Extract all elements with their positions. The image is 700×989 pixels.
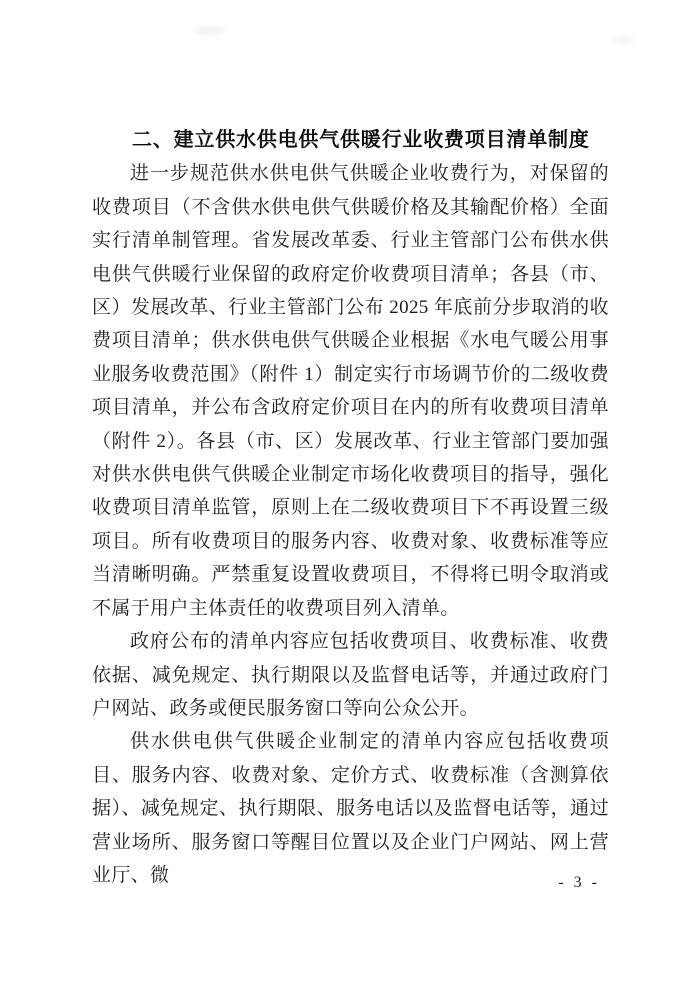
paragraph-1: 进一步规范供水供电供气供暖企业收费行为，对保留的收费项目（不含供水供电供气供暖价… (92, 157, 609, 625)
document-page: 二、建立供水供电供气供暖行业收费项目清单制度 进一步规范供水供电供气供暖企业收费… (0, 0, 700, 989)
section-heading: 二、建立供水供电供气供暖行业收费项目清单制度 (92, 124, 609, 157)
page-number: - 3 - (558, 874, 600, 892)
scan-artifact (612, 36, 634, 44)
paragraph-2: 政府公布的清单内容应包括收费项目、收费标准、收费依据、减免规定、执行期限以及监督… (92, 625, 609, 725)
paragraph-3: 供水供电供气供暖企业制定的清单内容应包括收费项目、服务内容、收费对象、定价方式、… (92, 725, 609, 892)
document-body: 二、建立供水供电供气供暖行业收费项目清单制度 进一步规范供水供电供气供暖企业收费… (92, 124, 609, 892)
scan-artifact (192, 26, 226, 35)
